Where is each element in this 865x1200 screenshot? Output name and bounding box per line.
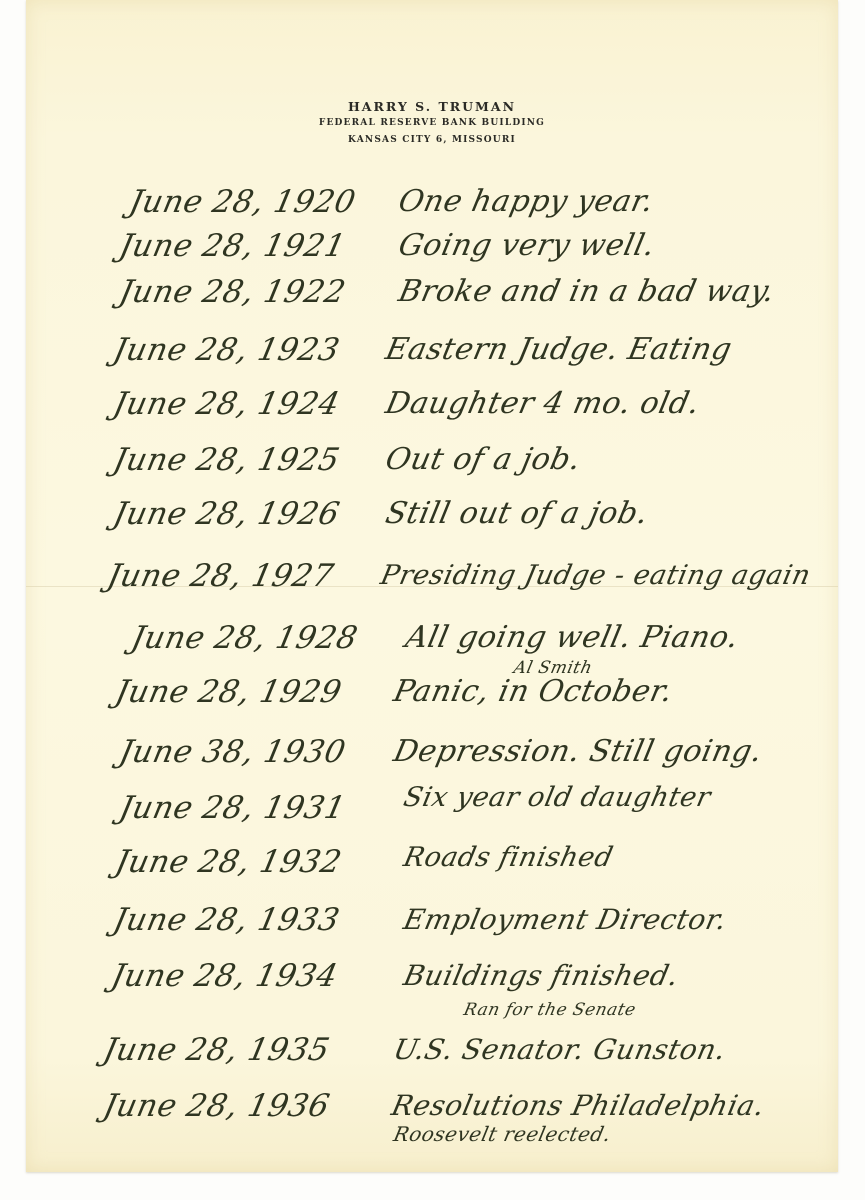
entry-note: Panic, in October.: [390, 672, 677, 712]
entry-date: June 28, 1936: [100, 1086, 334, 1126]
entry-note: U.S. Senator. Gunston.: [390, 1030, 730, 1070]
diary-entries: June 28, 1920 One happy year. June 28, 1…: [26, 0, 838, 1172]
entry-1926: June 28, 1926 Still out of a job.: [26, 494, 838, 540]
entry-note: Six year old daughter: [400, 778, 715, 818]
entry-1933: June 28, 1933 Employment Director.: [26, 900, 838, 946]
entry-1930: June 38, 1930 Depression. Still going.: [26, 732, 838, 778]
entry-1934: June 28, 1934 Buildings finished. Ran fo…: [26, 956, 838, 1002]
entry-date: June 28, 1924: [110, 384, 344, 424]
entry-note: Roads finished: [400, 838, 617, 878]
entry-1935: June 28, 1935 U.S. Senator. Gunston.: [26, 1030, 838, 1076]
entry-date: June 28, 1929: [112, 672, 346, 712]
entry-note: Out of a job.: [382, 440, 585, 480]
entry-1923: June 28, 1923 Eastern Judge. Eating: [26, 330, 838, 376]
entry-date: June 28, 1925: [110, 440, 344, 480]
entry-note: Going very well.: [395, 226, 659, 266]
entry-note: Depression. Still going.: [390, 732, 766, 772]
entry-date: June 28, 1928: [128, 618, 362, 658]
entry-1924: June 28, 1924 Daughter 4 mo. old.: [26, 384, 838, 430]
entry-date: June 28, 1923: [110, 330, 344, 370]
entry-note: Employment Director.: [400, 900, 731, 940]
entry-1932: June 28, 1932 Roads finished: [26, 842, 838, 888]
entry-date: June 28, 1934: [108, 956, 342, 996]
entry-note: Buildings finished.: [400, 956, 683, 996]
entry-date: June 28, 1932: [112, 842, 346, 882]
entry-note: Presiding Judge - eating again: [377, 556, 815, 596]
entry-note: Daughter 4 mo. old.: [382, 384, 704, 424]
entry-note: Resolutions Philadelphia.: [388, 1086, 769, 1126]
entry-date: June 28, 1921: [116, 226, 350, 266]
entry-1922: June 28, 1922 Broke and in a bad way.: [26, 272, 838, 318]
entry-note: Broke and in a bad way.: [395, 272, 779, 312]
entry-1931: June 28, 1931 Six year old daughter: [26, 788, 838, 834]
entry-1929: Al Smith June 28, 1929 Panic, in October…: [26, 672, 838, 718]
entry-date: June 28, 1926: [110, 494, 344, 534]
entry-date: June 28, 1935: [100, 1030, 334, 1070]
entry-1928: June 28, 1928 All going well. Piano.: [26, 618, 838, 664]
entry-date: June 28, 1920: [126, 182, 360, 222]
entry-date: June 28, 1931: [116, 788, 350, 828]
entry-note: Eastern Judge. Eating: [382, 330, 736, 370]
entry-1936: June 28, 1936 Resolutions Philadelphia. …: [26, 1086, 838, 1132]
entry-1920: June 28, 1920 One happy year.: [26, 182, 838, 228]
entry-annotation: Roosevelt reelected.: [392, 1124, 613, 1144]
letter-page: HARRY S. TRUMAN FEDERAL RESERVE BANK BUI…: [26, 0, 838, 1172]
entry-date: June 28, 1933: [110, 900, 344, 940]
entry-1921: June 28, 1921 Going very well.: [26, 226, 838, 272]
entry-note: All going well. Piano.: [402, 618, 743, 658]
entry-1925: June 28, 1925 Out of a job.: [26, 440, 838, 486]
entry-date: June 28, 1922: [116, 272, 350, 312]
entry-note: One happy year.: [395, 182, 657, 222]
entry-1927: June 28, 1927 Presiding Judge - eating a…: [26, 556, 838, 602]
entry-date: June 38, 1930: [116, 732, 350, 772]
entry-annotation: Ran for the Senate: [462, 1000, 638, 1020]
entry-note: Still out of a job.: [382, 494, 652, 534]
entry-date: June 28, 1927: [104, 556, 338, 596]
